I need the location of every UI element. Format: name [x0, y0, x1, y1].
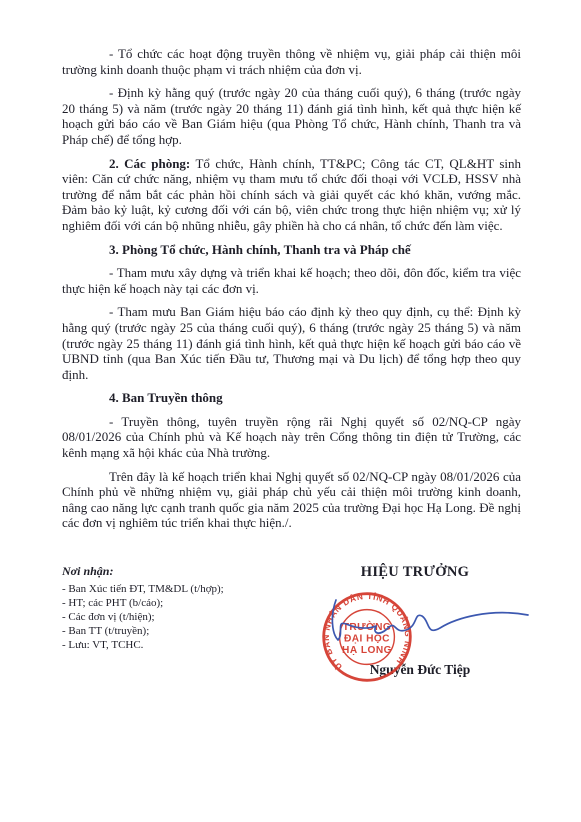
document-body: - Tổ chức các hoạt động truyền thông về …: [62, 46, 521, 539]
paragraph: - Tham mưu xây dựng và triển khai kế hoạ…: [62, 265, 521, 296]
recipient-item: - Lưu: VT, TCHC.: [62, 638, 224, 652]
paragraph: - Truyền thông, tuyên truyền rộng rãi Ng…: [62, 414, 521, 461]
document-page: - Tổ chức các hoạt động truyền thông về …: [0, 0, 581, 822]
section-heading-inline: 2. Các phòng:: [109, 156, 190, 171]
paragraph: - Tổ chức các hoạt động truyền thông về …: [62, 46, 521, 77]
paragraph: - Tham mưu Ban Giám hiệu báo cáo định kỳ…: [62, 304, 521, 382]
signature-footer: Nơi nhận: - Ban Xúc tiến ĐT, TM&DL (t/hợ…: [0, 560, 581, 760]
recipients-label: Nơi nhận:: [62, 564, 224, 579]
recipient-item: - Các đơn vị (t/hiện);: [62, 610, 224, 624]
recipient-item: - Ban TT (t/truyền);: [62, 624, 224, 638]
recipient-item: - HT; các PHT (b/cáo);: [62, 596, 224, 610]
section-heading: 4. Ban Truyền thông: [62, 390, 521, 406]
signature-ink: [322, 590, 534, 648]
paragraph: Trên đây là kế hoạch triển khai Nghị quy…: [62, 469, 521, 531]
paragraph: - Định kỳ hằng quý (trước ngày 20 của th…: [62, 85, 521, 147]
signer-title: HIỆU TRƯỞNG: [330, 564, 500, 581]
recipients-block: Nơi nhận: - Ban Xúc tiến ĐT, TM&DL (t/hợ…: [62, 564, 224, 652]
section-heading: 3. Phòng Tổ chức, Hành chính, Thanh tra …: [62, 242, 521, 258]
paragraph: 2. Các phòng: Tổ chức, Hành chính, TT&PC…: [62, 156, 521, 234]
signature-stroke: [332, 600, 528, 640]
recipient-item: - Ban Xúc tiến ĐT, TM&DL (t/hợp);: [62, 582, 224, 596]
